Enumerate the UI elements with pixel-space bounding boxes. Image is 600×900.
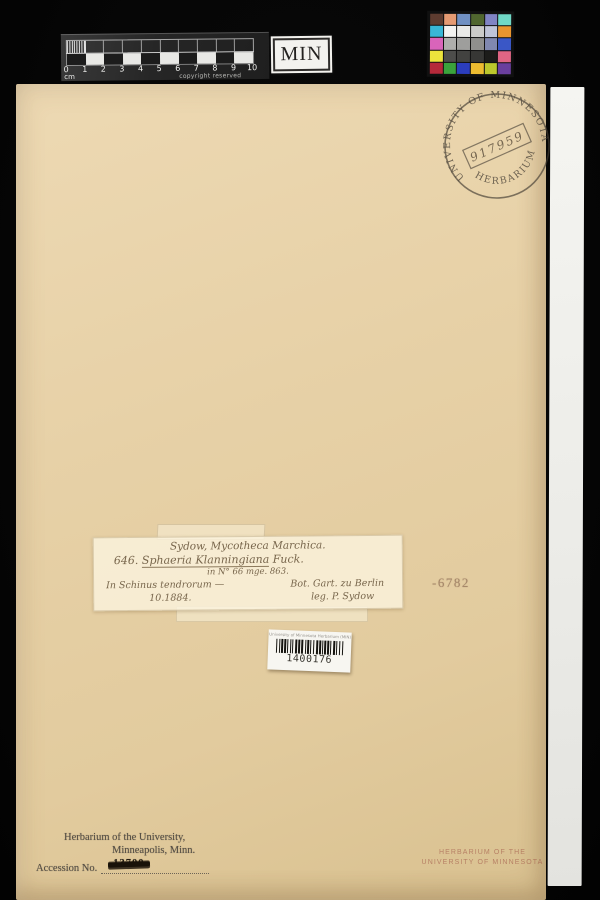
- color-patch: [484, 63, 497, 74]
- ruler-cell: [234, 52, 253, 63]
- label-collector: leg. P. Sydow: [311, 591, 374, 603]
- ruler-number: 5: [157, 64, 162, 73]
- ruler-copyright-text: copyright reserved: [179, 72, 241, 80]
- label-species-name: Sphaeria Klanningiana: [142, 553, 270, 568]
- color-patch: [430, 50, 443, 61]
- color-patch: [471, 51, 484, 62]
- ruler-number: 4: [138, 64, 143, 73]
- red-stamp-line1: HERBARIUM OF THE: [420, 848, 545, 858]
- color-patch: [471, 38, 484, 49]
- color-patch: [498, 39, 511, 50]
- color-patch: [498, 26, 511, 37]
- scan-background: 012345678910 cm copyright reserved MIN U…: [0, 0, 600, 900]
- color-patch: [485, 38, 498, 49]
- ruler-cell: [86, 41, 105, 53]
- label-species-line: 646. Sphaeria Klanningiana Fuck.: [114, 553, 304, 568]
- color-patch: [498, 51, 511, 62]
- barcode-space: [342, 641, 344, 655]
- color-patch: [457, 63, 470, 74]
- institution-code-label: MIN: [273, 38, 330, 72]
- accession-label: Accession No.: [36, 863, 97, 874]
- ruler-unit-label: cm: [64, 73, 75, 81]
- color-patch: [485, 14, 498, 25]
- ruler-cell: [67, 54, 86, 65]
- color-patch: [471, 14, 484, 25]
- ruler-cell: [104, 40, 123, 52]
- red-stamp-line2: UNIVERSITY OF MINNESOTA: [420, 858, 545, 868]
- red-ownership-stamp: HERBARIUM OF THE UNIVERSITY OF MINNESOTA: [420, 848, 545, 868]
- herbarium-imprint-line2: Minneapolis, Minn.: [36, 845, 236, 856]
- barcode: [275, 639, 343, 656]
- color-calibration-chart: [427, 11, 514, 78]
- color-patch: [444, 26, 457, 37]
- ruler-number: 1: [82, 65, 87, 74]
- color-patch: [430, 38, 443, 49]
- label-reference-line: in N° 66 mge. 863.: [94, 566, 402, 579]
- ruler-number: 10: [247, 63, 257, 72]
- herbarium-imprint-line1: Herbarium of the University,: [36, 832, 236, 843]
- ruler-cell: [86, 54, 105, 65]
- label-date: 10.1884.: [149, 592, 191, 603]
- ruler-cell: [179, 40, 198, 52]
- color-patch: [457, 26, 470, 37]
- backing-sheet: [548, 87, 585, 886]
- ruler-number: 8: [212, 63, 217, 72]
- ruler-cell: [216, 52, 235, 63]
- color-patch: [444, 14, 457, 25]
- ruler-cell: [235, 39, 253, 51]
- ruler-number: 7: [194, 64, 199, 73]
- color-patch: [498, 14, 511, 25]
- label-date-collector-line: 10.1884. leg. P. Sydow: [149, 591, 374, 604]
- crossed-out-accession-number: 13700: [113, 858, 144, 869]
- ruler-cell: [123, 40, 142, 52]
- label-series-title: Sydow, Mycotheca Marchica.: [94, 539, 402, 554]
- color-patch: [471, 26, 484, 37]
- color-patch: [443, 63, 456, 74]
- color-patch: [444, 38, 457, 49]
- color-patch: [430, 63, 443, 74]
- color-patch: [444, 50, 457, 61]
- label-locality-line: In Schinus tendrorum — Bot. Gart. zu Ber…: [106, 578, 384, 591]
- color-patch: [471, 63, 484, 74]
- ruler-number: 3: [119, 64, 124, 73]
- label-locality-text: Bot. Gart. zu Berlin: [290, 578, 384, 590]
- color-patch: [485, 26, 498, 37]
- ruler-cell: [160, 40, 179, 52]
- accession-dotted-line: 13700: [101, 860, 209, 874]
- accession-block: Herbarium of the University, Minneapolis…: [36, 832, 236, 874]
- accession-number-line: Accession No. 13700: [36, 860, 236, 874]
- institution-code-card: MIN: [271, 36, 333, 74]
- label-host-text: In Schinus tendrorum —: [106, 579, 224, 591]
- scale-ruler: 012345678910 cm copyright reserved: [61, 32, 269, 81]
- ruler-cell: [104, 53, 123, 64]
- ruler-cell: [197, 52, 216, 63]
- label-number: 646.: [114, 554, 139, 567]
- specimen-sheet: UNIVERSITY OF MINNESOTA HERBARIUM 917959…: [16, 84, 546, 900]
- ruler-cell: [123, 53, 142, 64]
- ruler-cell: [179, 53, 198, 64]
- stamp-accession-number: 917959: [468, 128, 527, 164]
- barcode-label: University of Minnesota Herbarium (MIN) …: [267, 629, 351, 672]
- ruler-cell: [198, 39, 217, 51]
- ruler-number: 6: [175, 64, 180, 73]
- color-patch: [457, 51, 470, 62]
- ruler-number: 9: [231, 63, 236, 72]
- ruler-cell: [141, 53, 160, 64]
- color-patch: [430, 14, 443, 25]
- ruler-cell: [216, 39, 235, 51]
- color-patch: [498, 63, 511, 74]
- ruler-cell: [160, 53, 179, 64]
- herbarium-stamp: UNIVERSITY OF MINNESOTA HERBARIUM 917959: [437, 86, 557, 206]
- ruler-cell: [142, 40, 161, 52]
- catalog-number: -6782: [432, 575, 470, 591]
- color-patch: [485, 51, 498, 62]
- label-author: Fuck.: [273, 553, 304, 566]
- color-patch: [457, 14, 470, 25]
- color-patch: [457, 38, 470, 49]
- specimen-label: Sydow, Mycotheca Marchica. 646. Sphaeria…: [93, 535, 404, 612]
- color-patch: [430, 26, 443, 37]
- ruler-number: 2: [101, 65, 106, 74]
- ruler-cell: [67, 41, 86, 53]
